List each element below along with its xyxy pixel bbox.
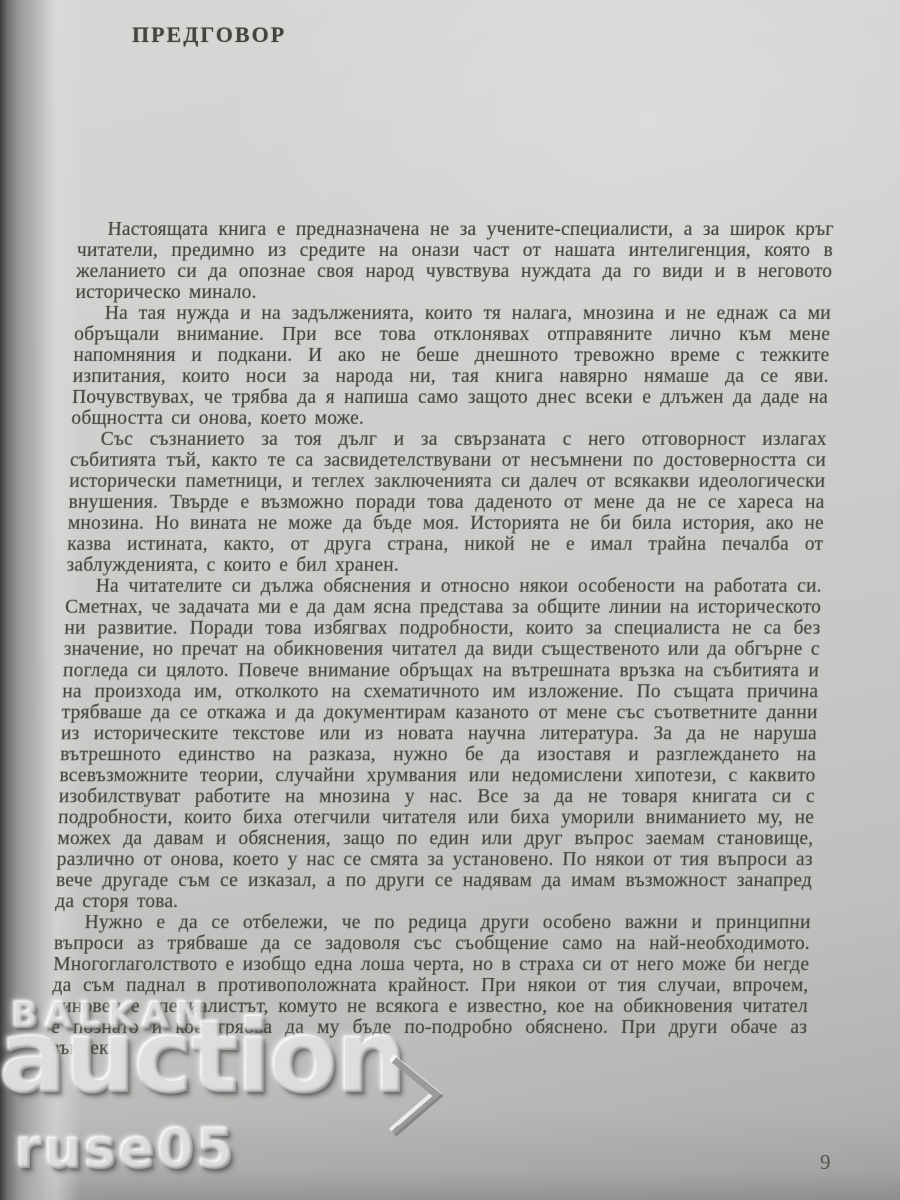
- preface-text-block: Настоящата книга е предназначена не за у…: [50, 219, 834, 1059]
- book-page-photo: ПРЕДГОВОР Настоящата книга е предназначе…: [0, 0, 900, 1200]
- page-number: 9: [820, 1150, 831, 1175]
- preface-paragraph: Със съзнанието за тоя дълг и за свързана…: [66, 429, 827, 576]
- play-arrow-icon: [388, 1054, 450, 1144]
- preface-paragraph: На читателите си дължа обяснения и относ…: [55, 576, 822, 912]
- preface-paragraph: На тая нужда и на задълженията, които тя…: [71, 303, 831, 429]
- preface-paragraph: Нужно е да се отбележи, че по редица дру…: [50, 912, 811, 1059]
- watermark-username: ruse05: [16, 1118, 237, 1181]
- page-title: ПРЕДГОВОР: [132, 22, 286, 48]
- preface-paragraph: Настоящата книга е предназначена не за у…: [75, 219, 834, 303]
